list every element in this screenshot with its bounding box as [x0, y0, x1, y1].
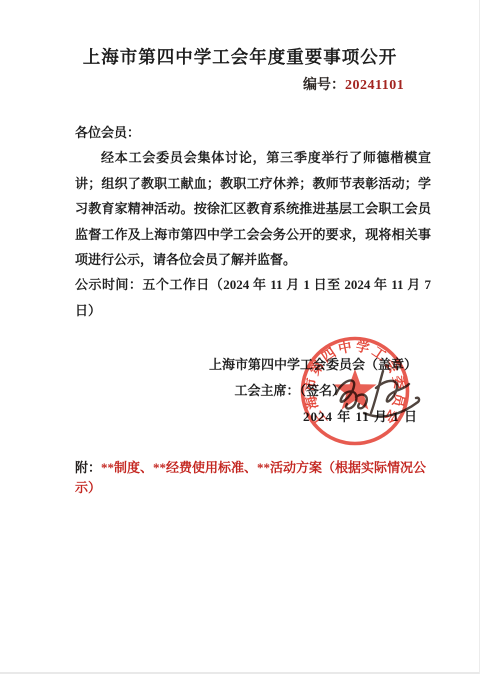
document-number-value: 20241101 — [345, 78, 404, 93]
signature-block: 上海市第四中学工会委员会（盖章） 工会主席：（签名） 2024 年 11 月 1… — [0, 352, 480, 430]
salutation-line: 各位会员： — [75, 120, 431, 145]
signature-date-line: 2024 年 11 月 1 日 — [0, 404, 418, 430]
main-paragraph: 经本工会委员会集体讨论，第三季度举行了师德楷模宣讲；组织了教职工献血；教职工疗休… — [75, 145, 431, 272]
scanned-document-page: 上海市第四中学工会年度重要事项公开 编号：20241101 各位会员： 经本工会… — [0, 0, 480, 674]
signature-signer-line: 工会主席：（签名） — [0, 378, 345, 404]
attachment-line: 附：**制度、**经费使用标准、**活动方案（根据实际情况公示） — [75, 458, 440, 498]
signature-org-line: 上海市第四中学工会委员会（盖章） — [0, 352, 417, 378]
document-title: 上海市第四中学工会年度重要事项公开 — [0, 44, 480, 69]
attachment-content: **制度、**经费使用标准、**活动方案（根据实际情况公示） — [75, 460, 426, 495]
attachment-label: 附： — [75, 460, 101, 475]
notice-period-line: 公示时间：五个工作日（2024 年 11 月 1 日至 2024 年 11 月 … — [75, 272, 431, 323]
document-number-label: 编号： — [303, 78, 345, 93]
document-number-line: 编号：20241101 — [303, 76, 404, 96]
document-body: 各位会员： 经本工会委员会集体讨论，第三季度举行了师德楷模宣讲；组织了教职工献血… — [75, 120, 431, 323]
